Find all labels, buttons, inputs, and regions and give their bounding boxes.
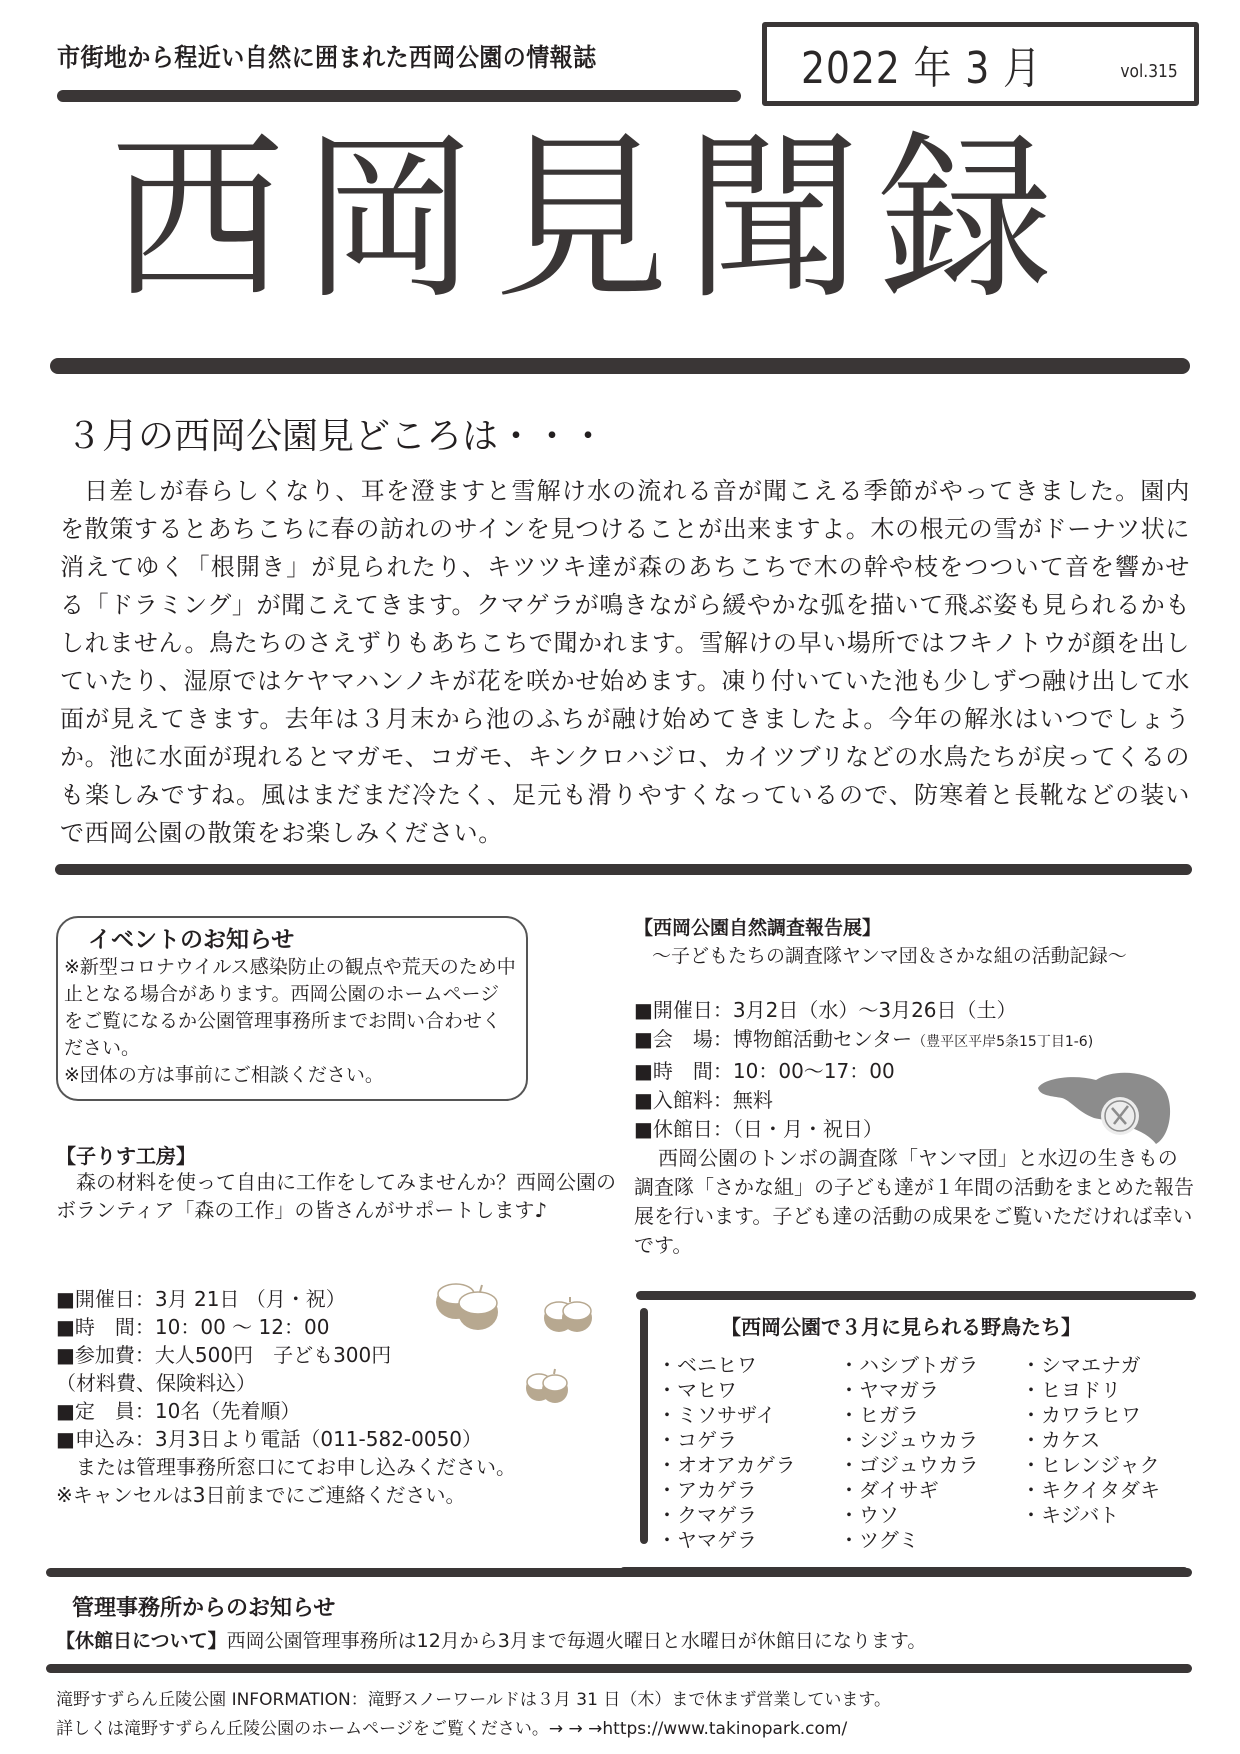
section-divider [55,864,1192,875]
info-row: ※キャンセルは3日前までにご連絡ください。 [56,1481,616,1509]
bird-item: ・シマエナガ [1021,1353,1160,1378]
office-notice-title: 管理事務所からのお知らせ [72,1591,335,1622]
bird-item: ・キジバト [1021,1503,1160,1528]
bird-item: ・カケス [1021,1428,1160,1453]
bird-item: ・カワラヒワ [1021,1403,1160,1428]
bird-column: ・ベニヒワ ・マヒワ ・ミソサザイ ・コゲラ ・オオアカゲラ ・アカゲラ ・クマ… [657,1353,796,1553]
event-notice-box: イベントのお知らせ ※新型コロナウイルス感染防止の観点や荒天のため中止となる場合… [56,916,528,1101]
venue-address: （豊平区平岸5条15丁目1-6) [912,1034,1093,1050]
bird-list-title: 【西岡公園で３月に見られる野鳥たち】 [721,1311,1081,1340]
acorn-icon [432,1280,502,1332]
bird-item: ・ヤマゲラ [657,1528,796,1553]
footer: 滝野すずらん丘陵公園 INFORMATION：滝野スノーワールドは３月 31 日… [56,1686,891,1744]
event-notice-line: ※団体の方は事前にご相談ください。 [64,1062,516,1089]
info-row: ■開催日：3月2日（水）～3月26日（土） [634,996,1194,1025]
info-row: ■参加費：大人500円 子ども300円 [56,1341,616,1369]
tagline: 市街地から程近い自然に囲まれた西岡公園の情報誌 [57,38,597,74]
bird-item: ・コゲラ [657,1428,796,1453]
info-row: ■時 間：10：00 ～ 12：00 [56,1313,616,1341]
bird-item: ・シジュウカラ [839,1428,979,1453]
exhibition-description: 西岡公園のトンボの調査隊「ヤンマ団」と水辺の生きもの調査隊「さかな組」の子ども達… [634,1144,1194,1260]
bird-item: ・アカゲラ [657,1478,796,1503]
bird-item: ・クマゲラ [657,1503,796,1528]
tagline-underline [57,90,741,102]
bird-item: ・マヒワ [657,1378,796,1403]
bird-item: ・ダイサギ [839,1478,979,1503]
acorn-icon [524,1368,570,1406]
bird-item: ・ハシブトガラ [839,1353,979,1378]
feature-title: ３月の西岡公園見どころは・・・ [66,408,606,459]
closed-days-label: 【休館日について】 [56,1630,227,1652]
bird-item: ・オオアカゲラ [657,1453,796,1478]
feature-body: 日差しが春らしくなり、耳を澄ますと雪解け水の流れる音が聞こえる季節がやってきまし… [60,472,1190,852]
event-notice-line: ※新型コロナウイルス感染防止の観点や荒天のため中止となる場合があります。西岡公園… [64,954,516,1062]
bird-item: ・ゴジュウカラ [839,1453,979,1478]
footer-top-rule [46,1664,1192,1673]
workshop-title: 【子りす工房】 [56,1140,196,1169]
bird-item: ・ヒレンジャク [1021,1453,1160,1478]
bird-item: ・ミソサザイ [657,1403,796,1428]
office-notice-body: 【休館日について】西岡公園管理事務所は12月から3月まで毎週火曜日と水曜日が休館… [56,1626,926,1653]
bird-item: ・ウソ [839,1503,979,1528]
event-notice-title: イベントのお知らせ [64,926,516,954]
footer-info: 滝野すずらん丘陵公園 INFORMATION：滝野スノーワールドは３月 31 日… [56,1686,891,1715]
bird-item: ・ベニヒワ [657,1353,796,1378]
birds-top-rule [636,1291,1196,1300]
bird-list-box: 【西岡公園で３月に見られる野鳥たち】 ・ベニヒワ ・マヒワ ・ミソサザイ ・コゲ… [641,1311,1201,1556]
exhibition-subtitle: ～子どもたちの調査隊ヤンマ団＆さかな組の活動記録～ [652,941,1127,968]
info-row: または管理事務所窓口にてお申し込みください。 [56,1453,616,1481]
workshop-description: 森の材料を使って自由に工作をしてみませんか？西岡公園のボランティア「森の工作」の… [56,1168,616,1224]
issue-date: 2022 年 3 月 [801,32,1042,96]
masthead-title: 西岡見聞録 [110,130,1070,310]
exhibition-title: 【西岡公園自然調査報告展】 [634,913,881,940]
closed-days-text: 西岡公園管理事務所は12月から3月まで毎週火曜日と水曜日が休館日になります。 [227,1630,927,1652]
bird-item: ・キクイタダキ [1021,1478,1160,1503]
issue-date-box: 2022 年 3 月 vol.315 [762,22,1199,106]
bird-column: ・シマエナガ ・ヒヨドリ ・カワラヒワ ・カケス ・ヒレンジャク ・キクイタダキ… [1021,1353,1160,1528]
info-row: ■会 場：博物館活動センター（豊平区平岸5条15丁目1-6) [634,1025,1194,1057]
bird-item: ・ツグミ [839,1528,979,1553]
info-row: ■開催日：3月 21日 （月・祝） [56,1285,616,1313]
footer-link-line: 詳しくは滝野すずらん丘陵公園のホームページをご覧ください。→ → →https:… [56,1715,891,1744]
bird-item: ・ヒヨドリ [1021,1378,1160,1403]
bird-column: ・ハシブトガラ ・ヤマガラ ・ヒガラ ・シジュウカラ ・ゴジュウカラ ・ダイサギ… [839,1353,979,1553]
acorn-icon [542,1296,594,1336]
office-top-rule [46,1568,1192,1577]
cap-icon [1034,1066,1174,1148]
masthead-underline [50,358,1190,374]
info-row: ■申込み：3月3日より電話（011-582-0050） [56,1425,616,1453]
park-website-link[interactable]: https://www.takinopark.com/ [602,1719,847,1739]
bird-item: ・ヒガラ [839,1403,979,1428]
bird-item: ・ヤマガラ [839,1378,979,1403]
issue-volume: vol.315 [1121,61,1178,82]
